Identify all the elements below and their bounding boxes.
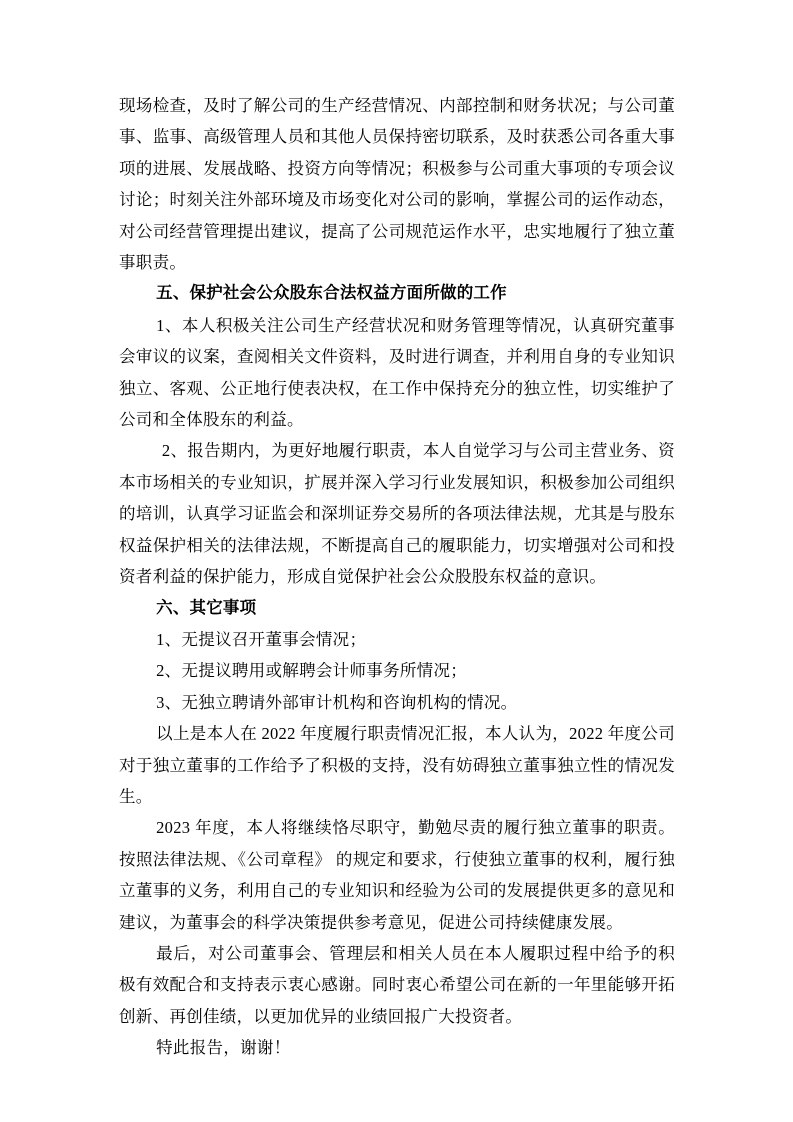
paragraph-section5-item1: 1、本人积极关注公司生产经营状况和财务管理等情况，认真研究董事会审议的议案，查阅… bbox=[119, 310, 675, 436]
paragraph-closing: 特此报告，谢谢！ bbox=[119, 1032, 675, 1063]
list-item-3: 3、无独立聘请外部审计机构和咨询机构的情况。 bbox=[119, 687, 675, 718]
section-heading-5: 五、保护社会公众股东合法权益方面所做的工作 bbox=[119, 278, 675, 309]
paragraph-outlook-2023: 2023 年度，本人将继续恪尽职守，勤勉尽责的履行独立董事的职责。按照法律法规、… bbox=[119, 812, 675, 938]
document-body: 现场检查，及时了解公司的生产经营情况、内部控制和财务状况；与公司董事、监事、高级… bbox=[119, 90, 675, 1064]
document-page: 现场检查，及时了解公司的生产经营情况、内部控制和财务状况；与公司董事、监事、高级… bbox=[0, 0, 793, 1122]
list-item-1: 1、无提议召开董事会情况； bbox=[119, 624, 675, 655]
paragraph-summary-2022: 以上是本人在 2022 年度履行职责情况汇报，本人认为，2022 年度公司对于独… bbox=[119, 718, 675, 812]
paragraph-continuation: 现场检查，及时了解公司的生产经营情况、内部控制和财务状况；与公司董事、监事、高级… bbox=[119, 90, 675, 278]
list-item-2: 2、无提议聘用或解聘会计师事务所情况； bbox=[119, 655, 675, 686]
section-heading-6: 六、其它事项 bbox=[119, 593, 675, 624]
paragraph-thanks: 最后，对公司董事会、管理层和相关人员在本人履职过程中给予的积极有效配合和支持表示… bbox=[119, 938, 675, 1032]
paragraph-section5-item2: 2、报告期内，为更好地履行职责，本人自觉学习与公司主营业务、资本市场相关的专业知… bbox=[119, 435, 675, 592]
